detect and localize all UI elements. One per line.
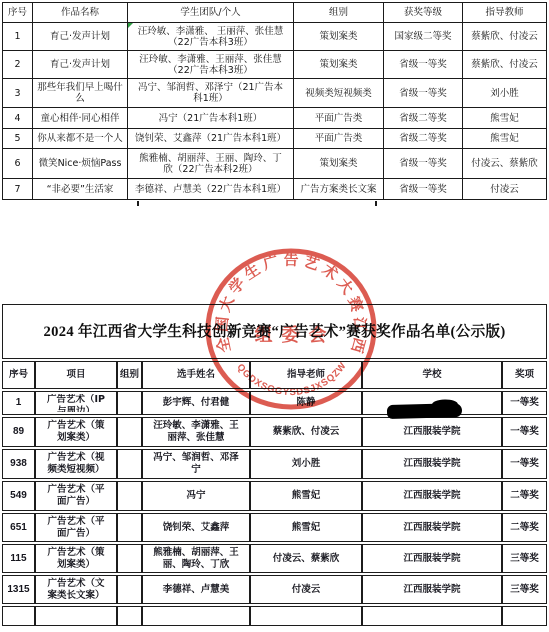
header-cell-group: 组别 xyxy=(294,3,384,23)
header-cell-no: 序号 xyxy=(3,3,33,23)
cell-school: 江西服装学院 xyxy=(362,481,502,511)
cell-team: 饶钊荣、艾鑫萍（21广告本科1班） xyxy=(128,129,294,149)
cell-teacher: 付凌云、蔡紫欣 xyxy=(463,149,547,179)
cell-advisor: 付凌云、蔡紫欣 xyxy=(250,544,362,573)
table-row: 89 广告艺术（策划案类） 汪玲敏、李潇雅、王丽萍、张佳慧 蔡紫欣、付凌云 江西… xyxy=(2,417,547,447)
cell-no: 2 xyxy=(3,51,33,79)
cell-contestants: 熊雅楠、胡丽萍、王丽、陶玲、丁欣 xyxy=(142,544,250,573)
cell-group xyxy=(117,417,142,447)
announcement-title: 2024 年江西省大学生科技创新竞赛“广告艺术”赛获奖作品名单(公示版) xyxy=(2,304,547,359)
cell-project: 广告艺术（视频类短视频） xyxy=(35,449,117,479)
cell-group: 策划案类 xyxy=(294,51,384,79)
cell-no: 651 xyxy=(2,513,35,542)
cell-group xyxy=(117,449,142,479)
cell-no: 4 xyxy=(3,108,33,129)
cell-contestants: 冯宁 xyxy=(142,481,250,511)
cell-advisor: 付凌云 xyxy=(250,575,362,604)
cell-project: 广告艺术（策划案类） xyxy=(35,544,117,573)
cell-team: 冯宁（21广告本科1班） xyxy=(128,108,294,129)
cell-no: 549 xyxy=(2,481,35,511)
cell-team: 冯宁、邹润哲、邓泽宁（21广告本科1班） xyxy=(128,79,294,108)
cell-teacher: 刘小胜 xyxy=(463,79,547,108)
cell-empty xyxy=(502,606,547,626)
cell-project: 广告艺术（文案类长文案） xyxy=(35,575,117,604)
cell-group xyxy=(117,391,142,415)
cell-school: 江西服装学院 xyxy=(362,449,502,479)
cell-contestants: 李德祥、卢慧美 xyxy=(142,575,250,604)
table-row: 1315 广告艺术（文案类长文案） 李德祥、卢慧美 付凌云 江西服装学院 三等奖 xyxy=(2,575,547,604)
cell-empty xyxy=(35,606,117,626)
cell-group: 平面广告类 xyxy=(294,108,384,129)
cell-work: 微笑Nice·烦恼Pass xyxy=(33,149,128,179)
cell-contestants: 饶钊荣、艾鑫萍 xyxy=(142,513,250,542)
cell-group xyxy=(117,513,142,542)
table-row: 1 广告艺术（IP与周边） 彭宇辉、付君健 陈静 一等奖 xyxy=(2,391,547,415)
cell-empty xyxy=(362,606,502,626)
cell-prize: 三等奖 xyxy=(502,575,547,604)
cell-teacher: 蔡紫欣、付凌云 xyxy=(463,23,547,51)
cell-empty xyxy=(2,606,35,626)
cell-advisor: 陈静 xyxy=(250,391,362,415)
cell-award: 省级一等奖 xyxy=(384,79,463,108)
table-row: 5 你从来都不是一个人 饶钊荣、艾鑫萍（21广告本科1班） 平面广告类 省级二等… xyxy=(3,129,547,149)
cell-work: “非必要”生活家 xyxy=(33,179,128,200)
cell-school: 江西服装学院 xyxy=(362,575,502,604)
cell-no: 3 xyxy=(3,79,33,108)
comment-marker-icon xyxy=(128,23,133,28)
cell-no: 89 xyxy=(2,417,35,447)
cell-award: 省级一等奖 xyxy=(384,149,463,179)
clipped-text: 广告艺术（IP与周边） xyxy=(44,394,108,412)
table-row: 6 微笑Nice·烦恼Pass 熊雅楠、胡丽萍、王丽、陶玲、丁欣（22广告本科2… xyxy=(3,149,547,179)
header-cell-prize: 奖项 xyxy=(502,361,547,389)
table-row: 1 育己·发声计划 汪玲敏、李潇雅、 王丽萍、张佳慧（22广告本科3班） 策划案… xyxy=(3,23,547,51)
cell-school: 江西服装学院 xyxy=(362,513,502,542)
table-row: 4 童心相伴·同心相伴 冯宁（21广告本科1班） 平面广告类 省级二等奖 熊雪妃 xyxy=(3,108,547,129)
cell-team: 熊雅楠、胡丽萍、王丽、陶玲、丁欣（22广告本科2班） xyxy=(128,149,294,179)
cell-group: 平面广告类 xyxy=(294,129,384,149)
cell-no: 1 xyxy=(2,391,35,415)
table-row: 7 “非必要”生活家 李德祥、卢慧美（22广告本科1班） 广告方案类长文案 省级… xyxy=(3,179,547,200)
cell-no: 7 xyxy=(3,179,33,200)
cell-group: 视频类短视频类 xyxy=(294,79,384,108)
cell-contestants: 冯宁、邹润哲、邓泽宁 xyxy=(142,449,250,479)
cell-award: 省级二等奖 xyxy=(384,129,463,149)
award-works-table: 序号 作品名称 学生团队/个人 组别 获奖等级 指导教师 1 育己·发声计划 汪… xyxy=(2,2,547,200)
announcement-title-row: 2024 年江西省大学生科技创新竞赛“广告艺术”赛获奖作品名单(公示版) xyxy=(2,304,547,359)
cell-work: 那些年我们早上喝什么 xyxy=(33,79,128,108)
cell-no: 6 xyxy=(3,149,33,179)
header-cell-contestants: 选手姓名 xyxy=(142,361,250,389)
cell-work: 你从来都不是一个人 xyxy=(33,129,128,149)
cell-work: 育己·发声计划 xyxy=(33,23,128,51)
cell-award: 省级一等奖 xyxy=(384,51,463,79)
table-row: 115 广告艺术（策划案类） 熊雅楠、胡丽萍、王丽、陶玲、丁欣 付凌云、蔡紫欣 … xyxy=(2,544,547,573)
cell-advisor: 熊雪妃 xyxy=(250,513,362,542)
cell-prize: 二等奖 xyxy=(502,513,547,542)
header-cell-advisor: 指导老师 xyxy=(250,361,362,389)
table-header-row: 序号 项目 组别 选手姓名 指导老师 学校 奖项 xyxy=(2,361,547,389)
cell-teacher: 蔡紫欣、付凌云 xyxy=(463,51,547,79)
cell-teacher: 熊雪妃 xyxy=(463,129,547,149)
cell-no: 938 xyxy=(2,449,35,479)
cell-school: 江西服装学院 xyxy=(362,417,502,447)
cell-no: 115 xyxy=(2,544,35,573)
cell-prize: 一等奖 xyxy=(502,449,547,479)
header-cell-school: 学校 xyxy=(362,361,502,389)
header-cell-project: 项目 xyxy=(35,361,117,389)
table-row: 651 广告艺术（平面广告） 饶钊荣、艾鑫萍 熊雪妃 江西服装学院 二等奖 xyxy=(2,513,547,542)
cell-work: 育己·发声计划 xyxy=(33,51,128,79)
cell-empty xyxy=(117,606,142,626)
cell-advisor: 熊雪妃 xyxy=(250,481,362,511)
cell-advisor: 蔡紫欣、付凌云 xyxy=(250,417,362,447)
cell-school: 江西服装学院 xyxy=(362,544,502,573)
cell-prize: 一等奖 xyxy=(502,391,547,415)
cell-project: 广告艺术（平面广告） xyxy=(35,481,117,511)
cell-team: 汪玲敏、李潇雅、 王丽萍、张佳慧（22广告本科3班） xyxy=(128,23,294,51)
cell-empty xyxy=(142,606,250,626)
cell-empty xyxy=(250,606,362,626)
table-row: 938 广告艺术（视频类短视频） 冯宁、邹润哲、邓泽宁 刘小胜 江西服装学院 一… xyxy=(2,449,547,479)
cell-group xyxy=(117,481,142,511)
cell-teacher: 熊雪妃 xyxy=(463,108,547,129)
cell-project: 广告艺术（策划案类） xyxy=(35,417,117,447)
cell-work: 童心相伴·同心相伴 xyxy=(33,108,128,129)
redaction-mark xyxy=(387,403,462,419)
table-row: 2 育己·发声计划 汪玲敏、李潇雅、王丽萍、张佳慧（22广告本科3班） 策划案类… xyxy=(3,51,547,79)
header-cell-work: 作品名称 xyxy=(33,3,128,23)
cell-contestants: 汪玲敏、李潇雅、王丽萍、张佳慧 xyxy=(142,417,250,447)
cell-no: 5 xyxy=(3,129,33,149)
announcement-table: 2024 年江西省大学生科技创新竞赛“广告艺术”赛获奖作品名单(公示版) 序号 … xyxy=(2,302,547,628)
cell-group: 策划案类 xyxy=(294,23,384,51)
cell-team: 汪玲敏、李潇雅、王丽萍、张佳慧（22广告本科3班） xyxy=(128,51,294,79)
cell-group xyxy=(117,544,142,573)
cell-project: 广告艺术（IP与周边） xyxy=(35,391,117,415)
cell-project: 广告艺术（平面广告） xyxy=(35,513,117,542)
header-cell-group: 组别 xyxy=(117,361,142,389)
cell-group: 策划案类 xyxy=(294,149,384,179)
cell-prize: 三等奖 xyxy=(502,544,547,573)
table-row: 549 广告艺术（平面广告） 冯宁 熊雪妃 江西服装学院 二等奖 xyxy=(2,481,547,511)
cell-group: 广告方案类长文案 xyxy=(294,179,384,200)
header-cell-teacher: 指导教师 xyxy=(463,3,547,23)
header-cell-team: 学生团队/个人 xyxy=(128,3,294,23)
cell-award: 省级二等奖 xyxy=(384,108,463,129)
cell-award: 省级一等奖 xyxy=(384,179,463,200)
table-row: 3 那些年我们早上喝什么 冯宁、邹润哲、邓泽宁（21广告本科1班） 视频类短视频… xyxy=(3,79,547,108)
cell-contestants: 彭宇辉、付君健 xyxy=(142,391,250,415)
table-row-clipped xyxy=(2,606,547,626)
cell-prize: 一等奖 xyxy=(502,417,547,447)
header-cell-award: 获奖等级 xyxy=(384,3,463,23)
border-stub xyxy=(375,201,377,206)
header-cell-no: 序号 xyxy=(2,361,35,389)
border-stub xyxy=(137,201,139,206)
cell-team: 李德祥、卢慧美（22广告本科1班） xyxy=(128,179,294,200)
cell-no: 1315 xyxy=(2,575,35,604)
cell-prize: 二等奖 xyxy=(502,481,547,511)
cell-no: 1 xyxy=(3,23,33,51)
table-header-row: 序号 作品名称 学生团队/个人 组别 获奖等级 指导教师 xyxy=(3,3,547,23)
cell-advisor: 刘小胜 xyxy=(250,449,362,479)
cell-teacher: 付凌云 xyxy=(463,179,547,200)
cell-group xyxy=(117,575,142,604)
cell-award: 国家级二等奖 xyxy=(384,23,463,51)
